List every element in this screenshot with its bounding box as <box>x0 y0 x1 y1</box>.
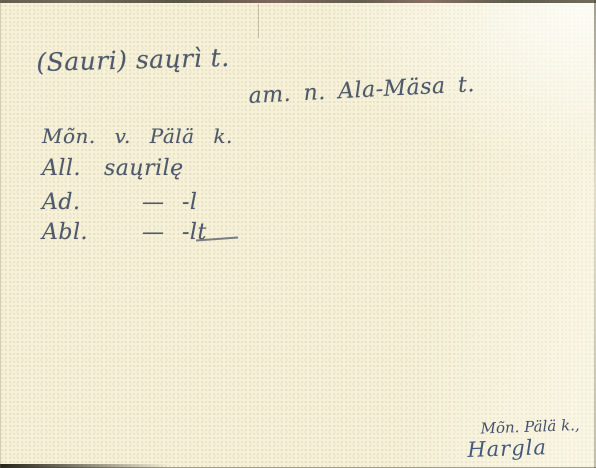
case-label-allative: All. <box>42 156 81 181</box>
ditto-dash: — <box>142 190 165 215</box>
scanned-card: (Sauri) saųrì t. am. n. Ala-Mäsa t. Mõn.… <box>0 0 596 468</box>
case-label-ablative: Abl. <box>42 220 88 245</box>
attribution-place: Mõn. Pälä k., <box>480 416 580 437</box>
top-scan-border <box>0 0 596 3</box>
ditto-dash: — <box>142 220 165 245</box>
attribution-parish: Hargla <box>467 434 581 462</box>
case-form-ablative: -lt <box>182 220 207 245</box>
case-form-allative: saųrilę <box>104 156 184 181</box>
headword-line: (Sauri) saųrì t. <box>36 43 230 77</box>
collector-attribution: Mõn. Pälä k., Hargla <box>466 416 580 462</box>
case-label-adessive: Ad. <box>42 190 80 215</box>
case-form-adessive: -l <box>182 190 197 215</box>
location-line: Mõn. v. Pälä k. <box>42 124 233 148</box>
paper-crease <box>258 4 259 38</box>
official-name-line: am. n. Ala-Mäsa t. <box>248 72 475 109</box>
left-scan-border <box>0 0 1 468</box>
